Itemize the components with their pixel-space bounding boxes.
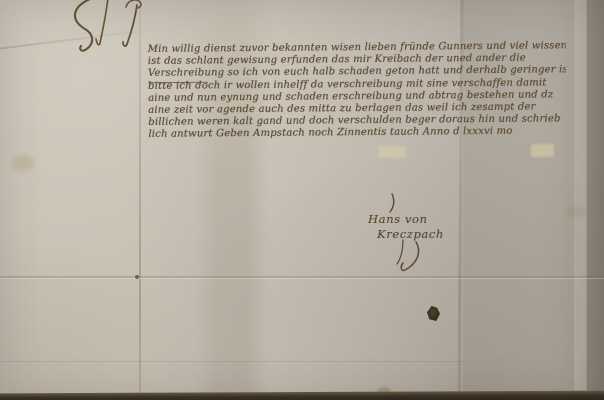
photo-vignette bbox=[0, 0, 604, 400]
manuscript-photo: Min willig dienst zuvor bekannten wisen … bbox=[0, 0, 604, 400]
